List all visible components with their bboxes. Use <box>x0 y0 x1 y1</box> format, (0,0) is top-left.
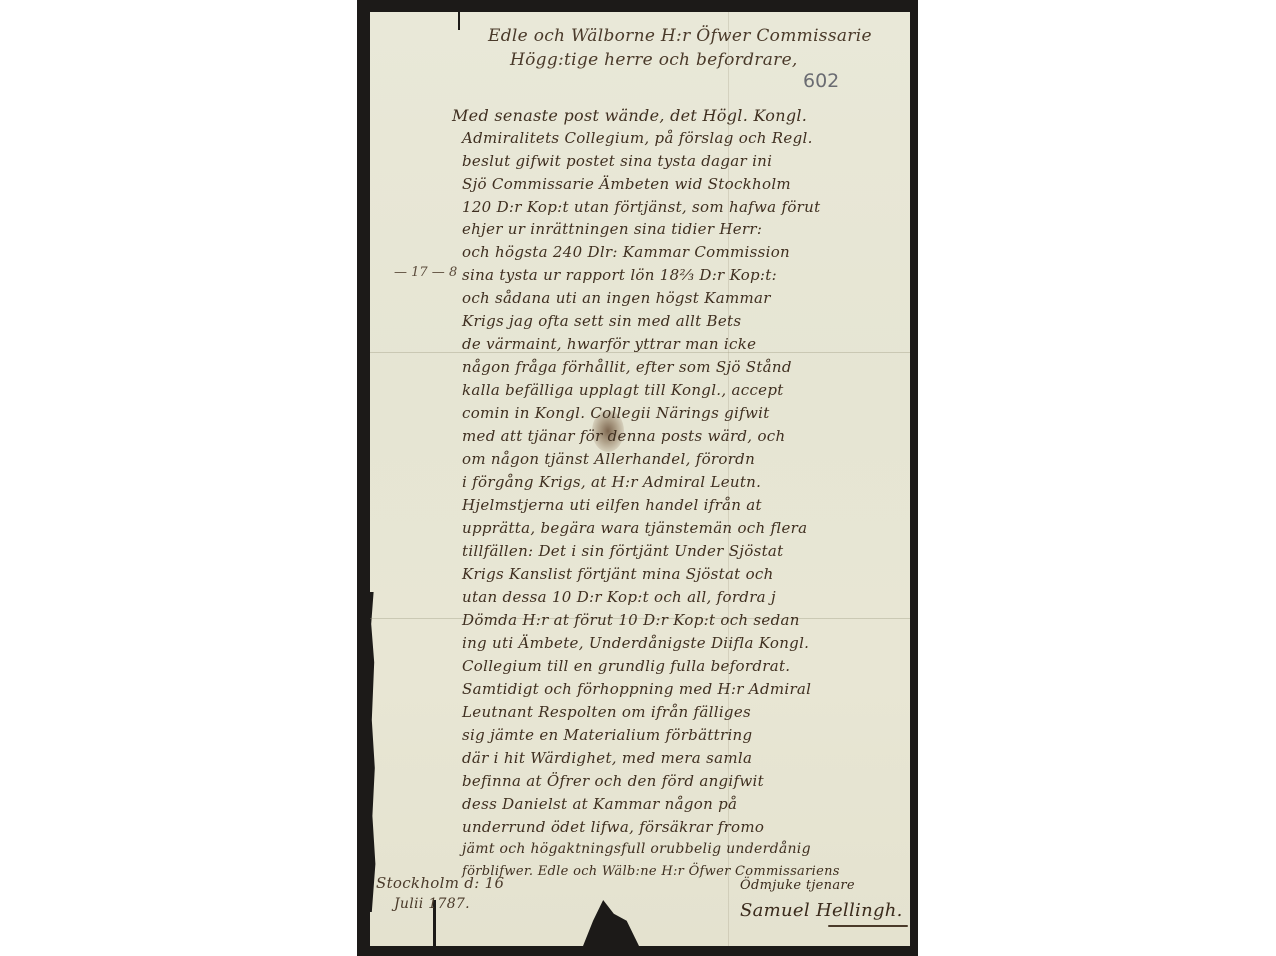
body-line: utan dessa 10 D:r Kop:t och all, fordra … <box>462 588 776 606</box>
body-line: och högsta 240 Dlr: Kammar Commission <box>462 243 790 261</box>
signature-flourish <box>828 925 908 927</box>
body-line: i förgång Krigs, at H:r Admiral Leutn. <box>462 473 761 491</box>
signature-name: Samuel Hellingh. <box>740 900 903 921</box>
body-line: förblifwer. Edle och Wälb:ne H:r Öfwer C… <box>462 864 840 879</box>
body-line: Sjö Commissarie Ämbeten wid Stockholm <box>462 175 791 193</box>
top-edge-tear <box>458 12 460 30</box>
body-line: Admiralitets Collegium, på förslag och R… <box>462 129 813 147</box>
body-line: kalla befälliga upplagt till Kongl., acc… <box>462 381 784 399</box>
signature-valediction: Ödmjuke tjenare <box>740 878 855 893</box>
closing-date: Julii 1787. <box>394 896 470 912</box>
body-line: ing uti Ämbete, Underdånigste Diifla Kon… <box>462 634 809 652</box>
body-line: Krigs jag ofta sett sin med allt Bets <box>462 312 741 330</box>
salutation-line-1: Edle och Wälborne H:r Öfwer Commissarie <box>488 26 872 46</box>
body-line: och sådana uti an ingen högst Kammar <box>462 289 771 307</box>
body-line: med att tjänar för denna posts wärd, och <box>462 427 785 445</box>
body-line: där i hit Wärdighet, med mera samla <box>462 749 752 767</box>
body-line: de värmaint, hwarför yttrar man icke <box>462 335 756 353</box>
margin-note: — 17 — 8 <box>394 265 457 280</box>
body-line: Krigs Kanslist förtjänt mina Sjöstat och <box>462 565 774 583</box>
manuscript-page: Edle och Wälborne H:r Öfwer Commissarie … <box>370 12 910 946</box>
body-line: upprätta, begära wara tjänstemän och fle… <box>462 519 807 537</box>
body-line: ehjer ur inrättningen sina tidier Herr: <box>462 220 762 238</box>
body-line: tillfällen: Det i sin förtjänt Under Sjö… <box>462 542 783 560</box>
salutation-line-2: Högg:tige herre och befordrare, <box>510 50 798 70</box>
body-line: Dömda H:r at förut 10 D:r Kop:t och seda… <box>462 611 800 629</box>
left-edge-tear <box>370 592 376 912</box>
body-line: Hjelmstjerna uti eilfen handel ifrån at <box>462 496 762 514</box>
body-line: underrund ödet lifwa, försäkrar fromo <box>462 818 764 836</box>
body-line: 120 D:r Kop:t utan förtjänst, som hafwa … <box>462 198 820 216</box>
body-line: sig jämte en Materialium förbättring <box>462 726 752 744</box>
bottom-torn-notch <box>583 900 639 946</box>
body-line: Leutnant Respolten om ifrån fälliges <box>462 703 751 721</box>
body-line: Collegium till en grundlig fulla befordr… <box>462 657 790 675</box>
body-line: befinna at Öfrer och den förd angifwit <box>462 772 764 790</box>
body-line: om någon tjänst Allerhandel, förordn <box>462 450 755 468</box>
closing-place-date: Stockholm d: 16 <box>376 874 504 892</box>
body-line: comin in Kongl. Collegii Närings gifwit <box>462 404 770 422</box>
body-line: dess Danielst at Kammar någon på <box>462 795 737 813</box>
body-line: någon fråga förhållit, efter som Sjö Stå… <box>462 358 792 376</box>
body-line: Samtidigt och förhoppning med H:r Admira… <box>462 680 811 698</box>
body-line: beslut gifwit postet sina tysta dagar in… <box>462 152 772 170</box>
body-line: Med senaste post wände, det Högl. Kongl. <box>452 106 807 125</box>
archive-number: 602 <box>803 70 839 92</box>
body-line: sina tysta ur rapport lön 18⅔ D:r Kop:t: <box>462 266 777 284</box>
body-line: jämt och högaktningsfull orubbelig under… <box>462 841 811 857</box>
